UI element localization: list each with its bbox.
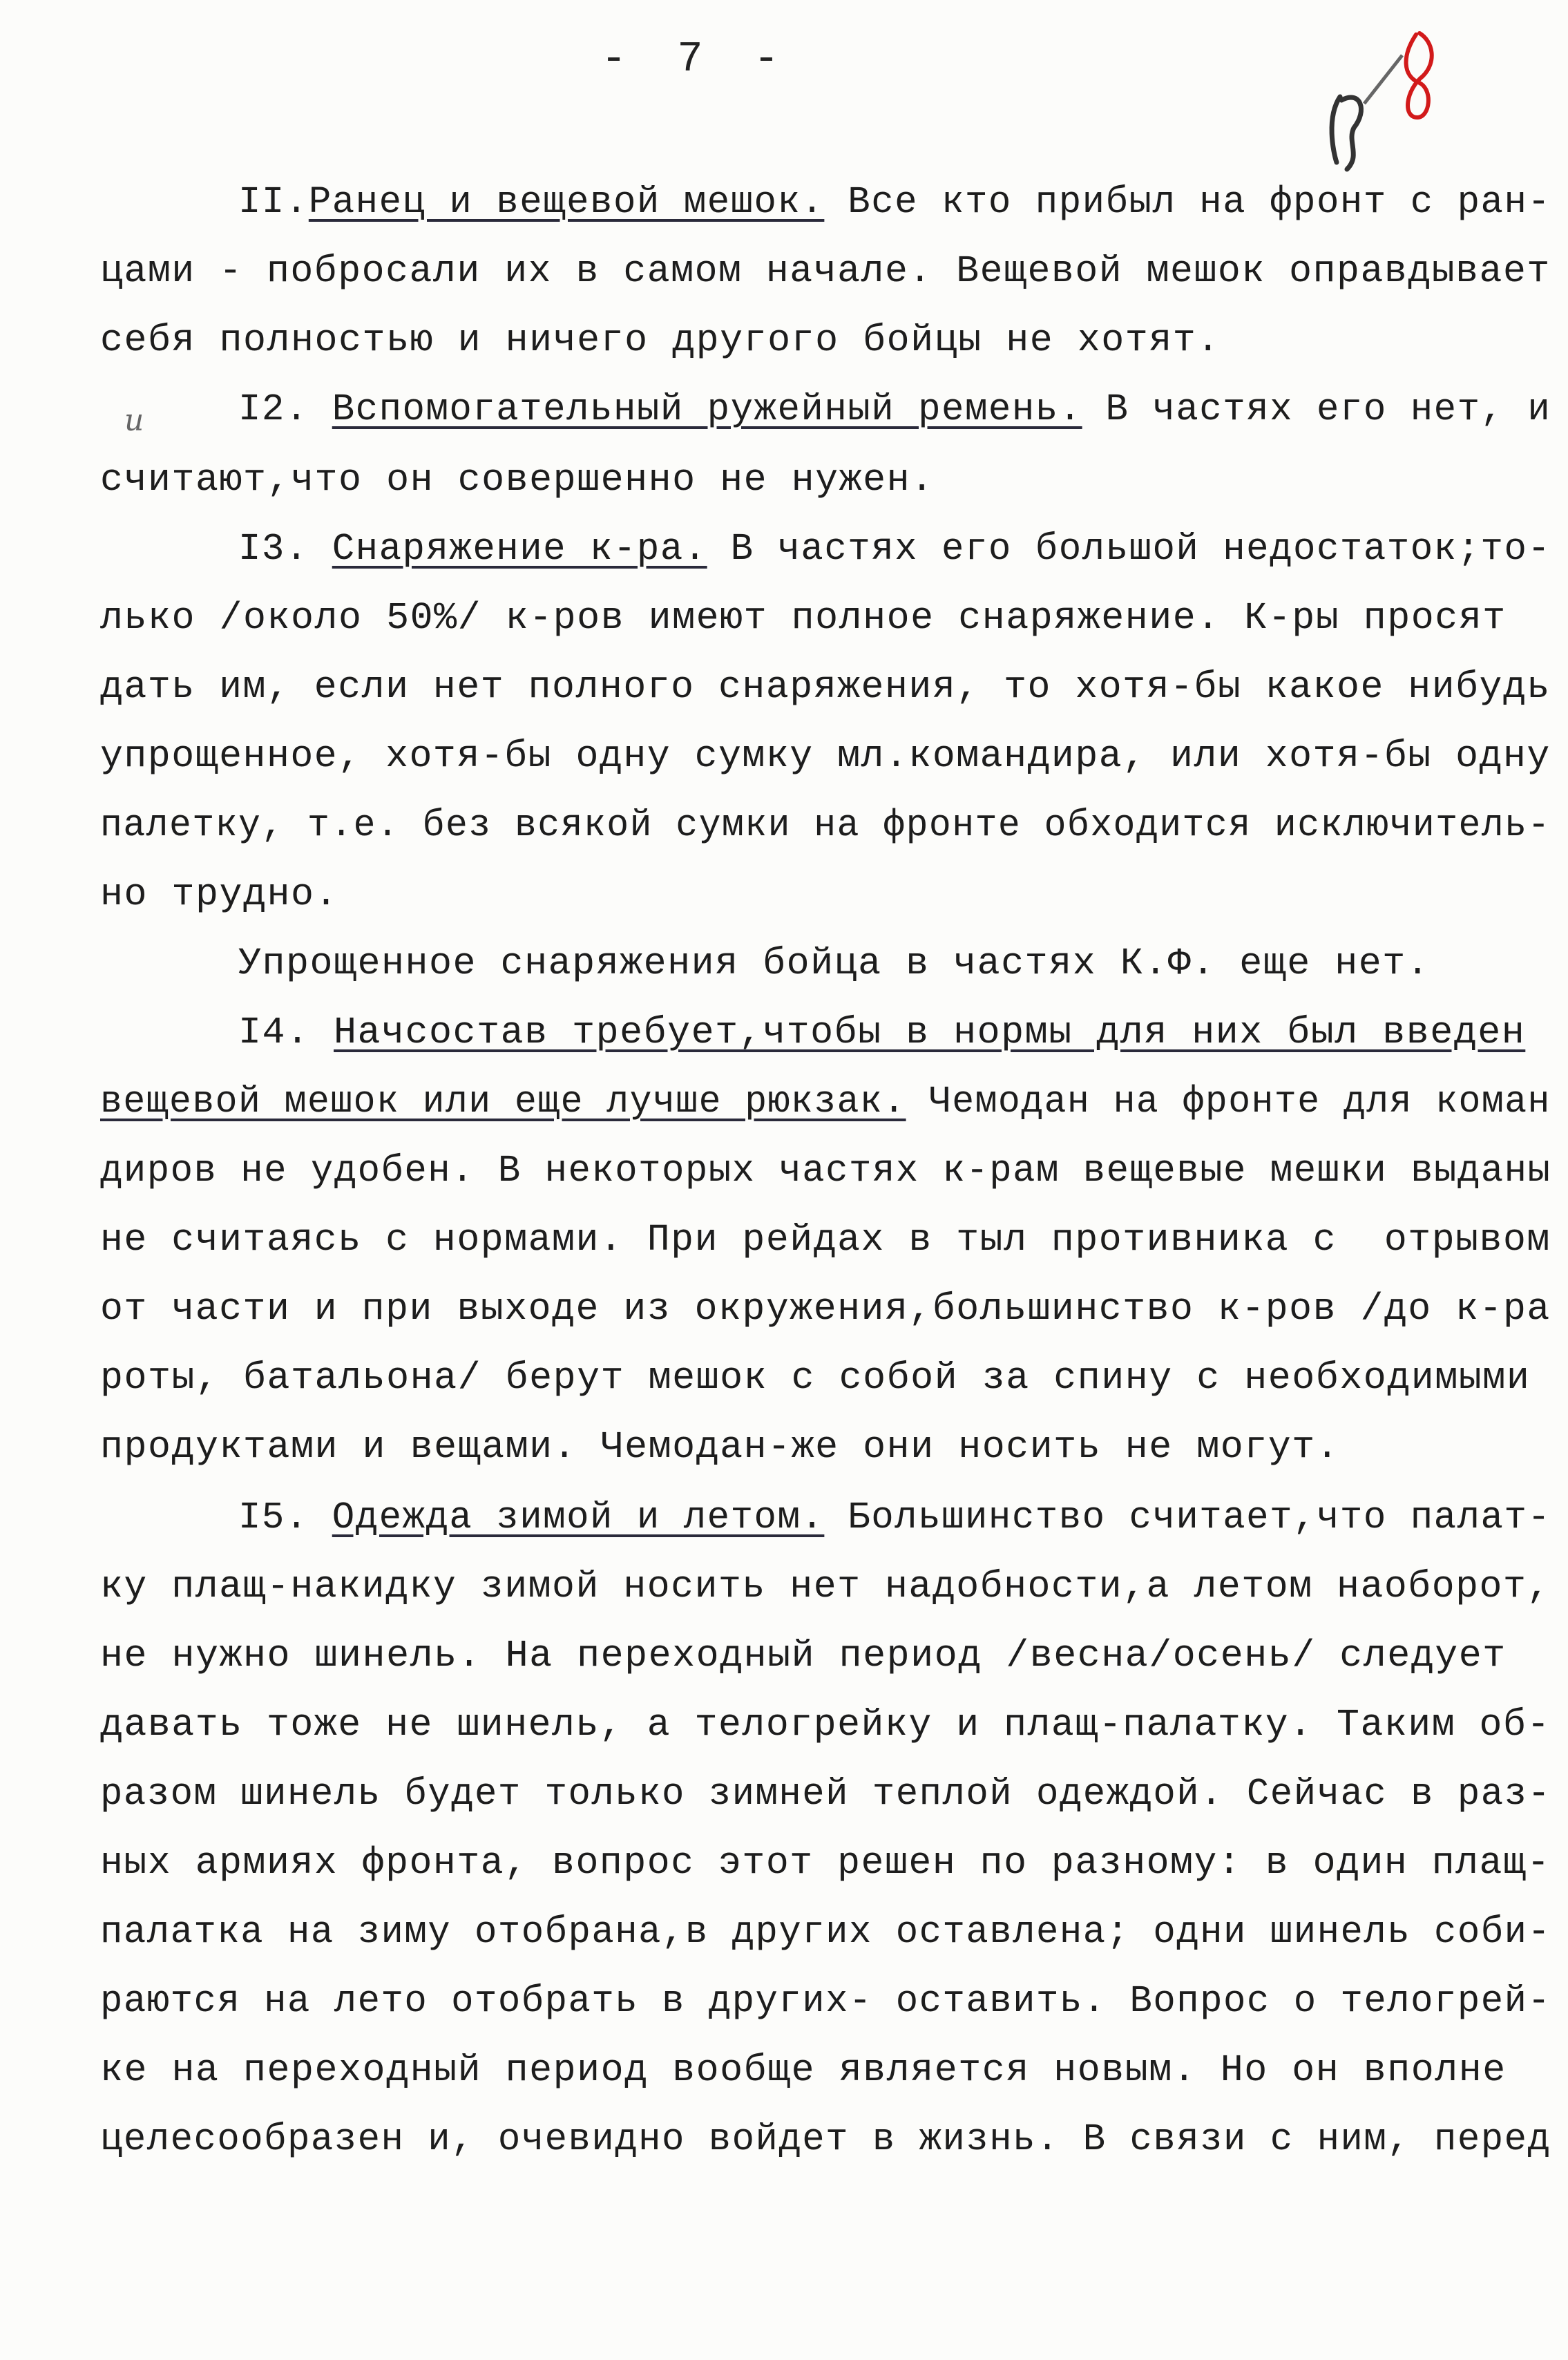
section-title: Начсостав требует,чтобы в нормы для них … bbox=[334, 1011, 1525, 1054]
text-line: не нужно шинель. На переходный период /в… bbox=[100, 1632, 1507, 1680]
section-title: Вспомогательный ружейный ремень. bbox=[332, 388, 1082, 431]
paragraph-text: дать им, если нет полного снаряжения, то… bbox=[100, 665, 1551, 709]
margin-note: и bbox=[124, 403, 144, 438]
section-number: I5. bbox=[238, 1496, 332, 1539]
text-line: разом шинель будет только зимней теплой … bbox=[100, 1770, 1551, 1818]
section-title: вещевой мешок или еще лучше рюкзак. bbox=[100, 1080, 906, 1123]
section-number: II. bbox=[238, 180, 309, 224]
text-line: не считаясь с нормами. При рейдах в тыл … bbox=[100, 1216, 1551, 1264]
paragraph-text: но трудно. bbox=[100, 873, 338, 916]
text-line: диров не удобен. В некоторых частях к-ра… bbox=[100, 1147, 1551, 1195]
text-line: ку плащ-накидку зимой носить нет надобно… bbox=[100, 1563, 1551, 1611]
paragraph-text: лько /около 50%/ к-ров имеют полное снар… bbox=[100, 596, 1507, 640]
paragraph-text: продуктами и вещами. Чемодан-же они носи… bbox=[100, 1425, 1339, 1469]
paragraph-text: цами - побросали их в самом начале. Веще… bbox=[100, 249, 1551, 293]
paragraph-text: разом шинель будет только зимней теплой … bbox=[100, 1772, 1551, 1816]
text-line: лько /около 50%/ к-ров имеют полное снар… bbox=[100, 594, 1507, 643]
paragraph-text: ку плащ-накидку зимой носить нет надобно… bbox=[100, 1565, 1551, 1608]
text-line: давать тоже не шинель, а телогрейку и пл… bbox=[100, 1701, 1551, 1749]
text-line: считают,что он совершенно не нужен. bbox=[100, 456, 935, 504]
section-text: Чемодан на фронте для коман bbox=[906, 1080, 1551, 1123]
text-line: но трудно. bbox=[100, 870, 338, 919]
paragraph-text: целесообразен и, очевидно войдет в жизнь… bbox=[100, 2118, 1551, 2161]
text-line: от части и при выходе из окружения,больш… bbox=[100, 1285, 1551, 1333]
paragraph-text: считают,что он совершенно не нужен. bbox=[100, 458, 935, 502]
text-line: роты, батальона/ берут мешок с собой за … bbox=[100, 1354, 1530, 1402]
paragraph-text: ных армиях фронта, вопрос этот решен по … bbox=[100, 1841, 1551, 1885]
paragraph-text: палетку, т.е. без всякой сумки на фронте… bbox=[100, 803, 1551, 847]
section-text: В частях его большой недостаток;то- bbox=[707, 527, 1551, 571]
section-text: Все кто прибыл на фронт с ран- bbox=[824, 180, 1551, 224]
section-text: В частях его нет, и bbox=[1082, 388, 1551, 431]
section-title: Одежда зимой и летом. bbox=[332, 1496, 825, 1539]
text-line: цами - побросали их в самом начале. Веще… bbox=[100, 247, 1551, 296]
paragraph-text: упрощенное, хотя-бы одну сумку мл.команд… bbox=[100, 734, 1551, 778]
section-number: I3. bbox=[238, 527, 332, 571]
paragraph-text: давать тоже не шинель, а телогрейку и пл… bbox=[100, 1703, 1551, 1747]
text-line: ке на переходный период вообще является … bbox=[100, 2046, 1507, 2095]
text-line: палатка на зиму отобрана,в других оставл… bbox=[100, 1908, 1551, 1957]
paragraph-text: себя полностью и ничего другого бойцы не… bbox=[100, 318, 1221, 362]
section-title: Ранец и вещевой мешок. bbox=[309, 180, 825, 224]
text-line: палетку, т.е. без всякой сумки на фронте… bbox=[100, 801, 1551, 850]
section-heading-line: II.Ранец и вещевой мешок. Все кто прибыл… bbox=[238, 178, 1551, 227]
paragraph-text: роты, батальона/ берут мешок с собой за … bbox=[100, 1356, 1530, 1400]
paragraph-text: палатка на зиму отобрана,в других оставл… bbox=[100, 1910, 1551, 1954]
page-number: - 7 - bbox=[601, 35, 792, 84]
text-line: дать им, если нет полного снаряжения, то… bbox=[100, 663, 1551, 712]
text-line: целесообразен и, очевидно войдет в жизнь… bbox=[100, 2115, 1551, 2164]
section-number: I4. bbox=[238, 1011, 334, 1054]
text-line: раются на лето отобрать в других- остави… bbox=[100, 1977, 1551, 2026]
paragraph-text: не нужно шинель. На переходный период /в… bbox=[100, 1634, 1507, 1677]
section-heading-line: I4. Начсостав требует,чтобы в нормы для … bbox=[238, 1009, 1525, 1057]
text-line: продуктами и вещами. Чемодан-же они носи… bbox=[100, 1423, 1339, 1472]
document-page: - 7 - и II.Ранец и вещевой мешок. Все кт… bbox=[0, 0, 1568, 2360]
paragraph-text: раются на лето отобрать в других- остави… bbox=[100, 1979, 1551, 2023]
paragraph-text: от части и при выходе из окружения,больш… bbox=[100, 1287, 1551, 1331]
paragraph-text: диров не удобен. В некоторых частях к-ра… bbox=[100, 1149, 1551, 1192]
text-line: упрощенное, хотя-бы одну сумку мл.команд… bbox=[100, 732, 1551, 781]
archive-stamp-icon bbox=[1299, 14, 1464, 180]
text-line: ных армиях фронта, вопрос этот решен по … bbox=[100, 1839, 1551, 1887]
section-heading-line: I5. Одежда зимой и летом. Большинство сч… bbox=[238, 1494, 1551, 1542]
section-heading-line: I3. Снаряжение к-ра. В частях его большо… bbox=[238, 525, 1551, 573]
section-heading-line: I2. Вспомогательный ружейный ремень. В ч… bbox=[238, 386, 1551, 434]
text-line: себя полностью и ничего другого бойцы не… bbox=[100, 316, 1221, 365]
text-line: Упрощенное снаряжения бойца в частях К.Ф… bbox=[238, 940, 1430, 988]
paragraph-text: не считаясь с нормами. При рейдах в тыл … bbox=[100, 1218, 1551, 1262]
section-text: Большинство считает,что палат- bbox=[824, 1496, 1551, 1539]
text-line: вещевой мешок или еще лучше рюкзак. Чемо… bbox=[100, 1078, 1551, 1126]
section-title: Снаряжение к-ра. bbox=[332, 527, 707, 571]
section-number: I2. bbox=[238, 388, 332, 431]
paragraph-text: Упрощенное снаряжения бойца в частях К.Ф… bbox=[238, 942, 1430, 985]
paragraph-text: ке на переходный период вообще является … bbox=[100, 2048, 1507, 2092]
